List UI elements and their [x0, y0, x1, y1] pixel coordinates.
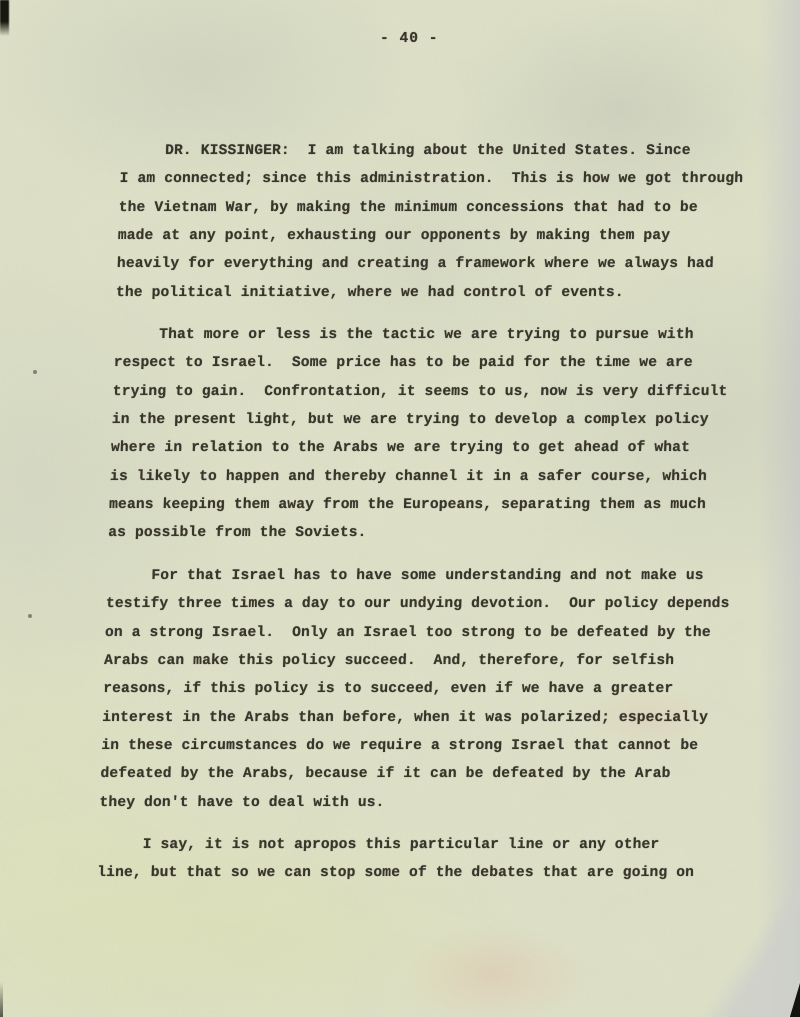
text-line: respect to Israel. Some price has to be …: [113, 349, 737, 377]
text-line: I am connected; since this administratio…: [119, 165, 743, 193]
text-line: in these circumstances do we require a s…: [101, 732, 725, 760]
text-line: DR. KISSINGER: I am talking about the Un…: [120, 137, 744, 165]
scanned-document-page: - 40 - DR. KISSINGER: I am talking about…: [0, 0, 800, 1017]
paragraph: I say, it is not apropos this particular…: [97, 831, 722, 888]
scan-artifact-bottom-left: [0, 982, 3, 1017]
text-line: Arabs can make this policy succeed. And,…: [104, 647, 728, 675]
text-line: the Vietnam War, by making the minimum c…: [118, 194, 742, 222]
document-body: DR. KISSINGER: I am talking about the Un…: [0, 137, 745, 902]
text-line: made at any point, exhausting our oppone…: [117, 222, 741, 250]
text-line: That more or less is the tactic we are t…: [114, 321, 738, 349]
text-line: defeated by the Arabs, because if it can…: [100, 760, 724, 788]
text-line: For that Israel has to have some underst…: [106, 562, 730, 590]
paragraph: DR. KISSINGER: I am talking about the Un…: [116, 137, 745, 307]
text-line: they don't have to deal with us.: [99, 789, 723, 817]
text-line: heavily for everything and creating a fr…: [116, 250, 740, 278]
text-line: in the present light, but we are trying …: [111, 406, 735, 434]
scan-artifact-top-left: [0, 0, 9, 36]
text-line: is likely to happen and thereby channel …: [110, 463, 734, 491]
text-line: means keeping them away from the Europea…: [109, 491, 733, 519]
paragraph: That more or less is the tactic we are t…: [108, 321, 739, 548]
text-line: interest in the Arabs than before, when …: [102, 704, 726, 732]
text-line: I say, it is not apropos this particular…: [98, 831, 722, 859]
paragraph: For that Israel has to have some underst…: [99, 562, 731, 817]
text-line: line, but that so we can stop some of th…: [97, 859, 721, 887]
text-line: reasons, if this policy is to succeed, e…: [103, 675, 727, 703]
text-line: where in relation to the Arabs we are tr…: [110, 434, 734, 462]
text-line: on a strong Israel. Only an Israel too s…: [105, 619, 729, 647]
text-line: testify three times a day to our undying…: [105, 590, 729, 618]
text-line: the political initiative, where we had c…: [116, 279, 740, 307]
text-line: trying to gain. Confrontation, it seems …: [112, 378, 736, 406]
text-line: as possible from the Soviets.: [108, 519, 732, 547]
page-number: - 40 -: [380, 31, 439, 47]
